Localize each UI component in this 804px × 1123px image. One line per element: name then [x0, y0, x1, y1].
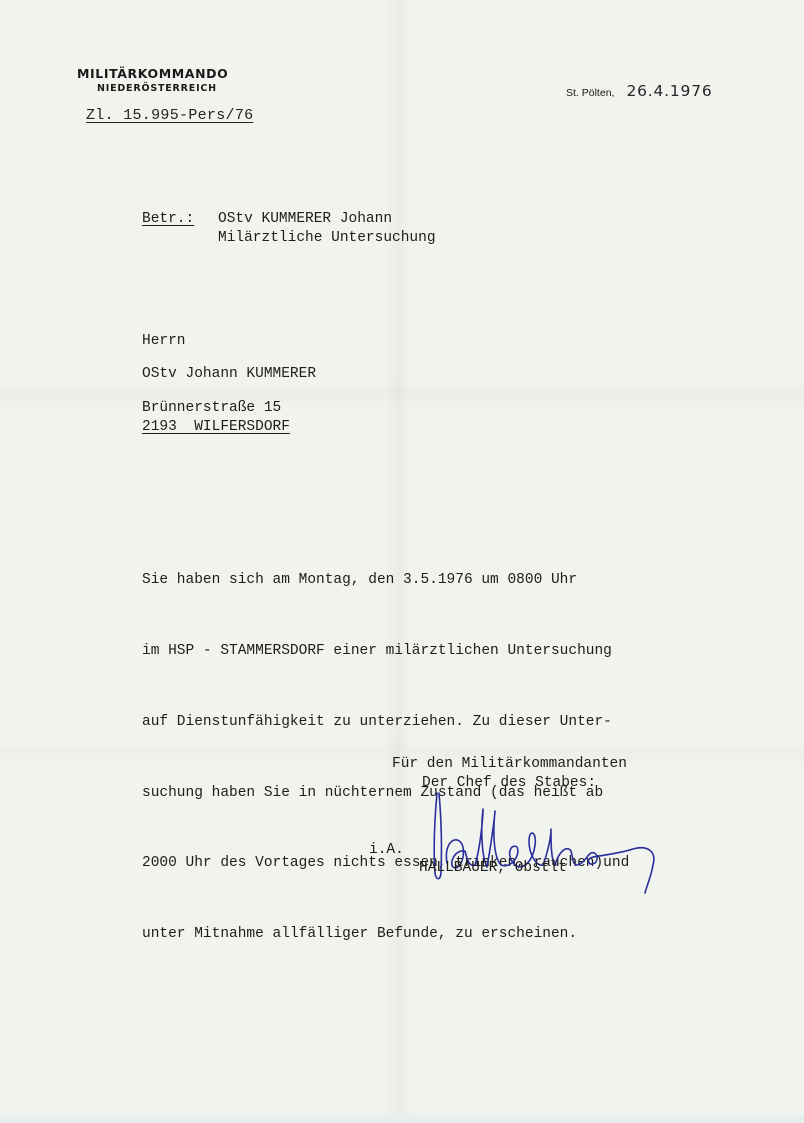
organization-name: MILITÄRKOMMANDO: [77, 66, 228, 82]
recipient-name: OStv Johann KUMMERER: [142, 365, 316, 384]
letter-page: MILITÄRKOMMANDO NIEDERÖSTERREICH Zl. 15.…: [0, 0, 804, 1123]
body-line: im HSP - STAMMERSDORF einer milärztliche…: [142, 640, 629, 664]
recipient-address: Herrn OStv Johann KUMMERER Brünnerstraße…: [142, 332, 316, 437]
handwritten-signature: [425, 785, 665, 895]
reference-number: Zl. 15.995-Pers/76: [86, 107, 253, 124]
body-line: Sie haben sich am Montag, den 3.5.1976 u…: [142, 569, 629, 593]
place: St. Pölten,: [566, 87, 614, 99]
organization-region: NIEDERÖSTERREICH: [97, 82, 228, 96]
recipient-city: 2193 WILFERSDORF: [142, 418, 316, 437]
date: 26.4.1976: [626, 82, 712, 100]
subject-label: Betr.:: [142, 210, 218, 248]
closing-line-1: Für den Militärkommandanten: [392, 755, 627, 774]
subject-line: Milärztliche Untersuchung: [218, 229, 436, 248]
signer-name: HALLBAUER, Obstlt: [419, 860, 567, 876]
salutation: Herrn: [142, 332, 316, 351]
subject-lines: OStv KUMMERER Johann Milärztliche Unters…: [218, 210, 436, 248]
subject-block: Betr.: OStv KUMMERER Johann Milärztliche…: [142, 210, 436, 248]
recipient-street: Brünnerstraße 15: [142, 399, 316, 418]
body-line: auf Dienstunfähigkeit zu unterziehen. Zu…: [142, 711, 629, 735]
place-date: St. Pölten, 26.4.1976: [566, 82, 713, 100]
on-behalf-label: i.A.: [369, 842, 404, 858]
letterhead: MILITÄRKOMMANDO NIEDERÖSTERREICH: [77, 66, 228, 96]
body-line: unter Mitnahme allfälliger Befunde, zu e…: [142, 923, 629, 947]
subject-line: OStv KUMMERER Johann: [218, 210, 436, 229]
